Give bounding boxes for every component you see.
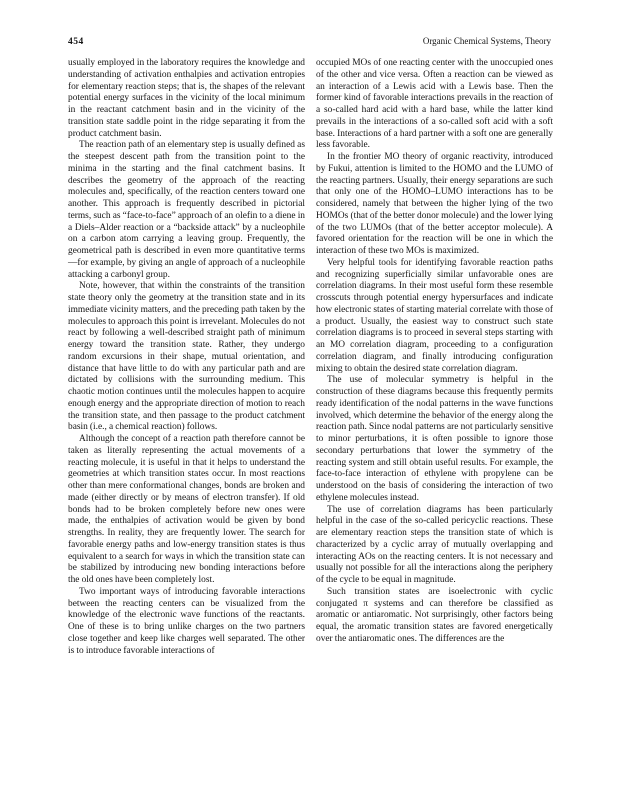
paragraph: The use of molecular symmetry is helpful… <box>316 375 553 504</box>
left-column: usually employed in the laboratory requi… <box>68 58 305 657</box>
running-head-title: Organic Chemical Systems, Theory <box>423 36 551 46</box>
paragraph: The reaction path of an elementary step … <box>68 140 305 281</box>
text-columns: usually employed in the laboratory requi… <box>68 58 553 657</box>
page-number: 454 <box>68 37 84 47</box>
paragraph: occupied MOs of one reacting center with… <box>316 58 553 152</box>
paragraph: Although the concept of a reaction path … <box>68 434 305 587</box>
paragraph: The use of correlation diagrams has been… <box>316 505 553 587</box>
paragraph: Two important ways of introducing favora… <box>68 587 305 658</box>
running-header: 454 Organic Chemical Systems, Theory <box>68 36 551 47</box>
paragraph: Such transition states are isoelectronic… <box>316 587 553 646</box>
right-column: occupied MOs of one reacting center with… <box>316 58 553 657</box>
paragraph: In the frontier MO theory of organic rea… <box>316 152 553 258</box>
paragraph: usually employed in the laboratory requi… <box>68 58 305 140</box>
paragraph: Note, however, that within the constrain… <box>68 281 305 434</box>
paragraph: Very helpful tools for identifying favor… <box>316 258 553 376</box>
book-page: 454 Organic Chemical Systems, Theory usu… <box>0 0 617 800</box>
